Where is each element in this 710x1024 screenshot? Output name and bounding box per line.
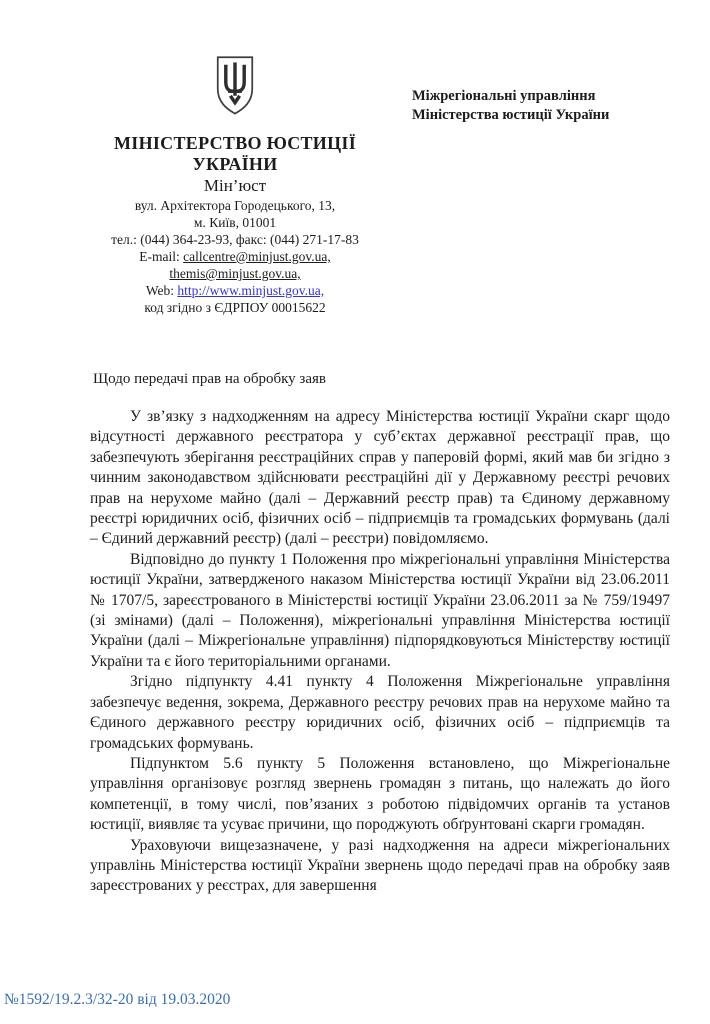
email-link-themis[interactable]: themis@minjust.gov.ua, [169,266,300,281]
org-name-line1: МІНІСТЕРСТВО ЮСТИЦІЇ [114,133,356,153]
org-name-line2: УКРАЇНИ [192,154,277,174]
registration-number: №1592/19.2.3/32-20 від 19.03.2020 [4,991,230,1009]
edrpou-line: код згідно з ЄДРПОУ 00015622 [75,299,395,316]
body-paragraph-4: Підпунктом 5.6 пункту 5 Положення встано… [90,754,670,836]
ukraine-trident-emblem [212,55,258,117]
org-short-name: Мін’юст [75,176,395,196]
web-label: Web: [146,283,178,298]
letterhead: МІНІСТЕРСТВО ЮСТИЦІЇ УКРАЇНИ Мін’юст вул… [75,55,395,316]
address-line2: м. Київ, 01001 [75,214,395,231]
body-paragraph-1: У зв’язку з надходженням на адресу Мініс… [90,407,670,550]
emblem-wrap [75,55,395,129]
phone-line: тел.: (044) 364-23-93, факс: (044) 271-1… [75,231,395,248]
body-paragraph-3: Згідно підпункту 4.41 пункту 4 Положення… [90,672,670,754]
email-label: E-mail: [139,249,183,264]
email-link-callcentre[interactable]: callcentre@minjust.gov.ua, [183,249,331,264]
email-line: E-mail: callcentre@minjust.gov.ua, [75,248,395,265]
email-line2: themis@minjust.gov.ua, [75,265,395,282]
subject-line: Щодо передачі прав на обробку заяв [93,371,326,388]
body-paragraph-5: Ураховуючи вищезазначене, у разі надходж… [90,836,670,897]
address-line1: вул. Архітектора Городецького, 13, [75,197,395,214]
recipient-block: Міжрегіональні управління Міністерства ю… [412,87,662,125]
web-line: Web: http://www.minjust.gov.ua, [75,282,395,299]
recipient-line2: Міністерства юстиції України [412,106,662,125]
body-paragraph-2: Відповідно до пункту 1 Положення про між… [90,550,670,672]
recipient-line1: Міжрегіональні управління [412,87,662,106]
letterhead-contacts: вул. Архітектора Городецького, 13, м. Ки… [75,197,395,316]
org-name: МІНІСТЕРСТВО ЮСТИЦІЇ УКРАЇНИ [75,133,395,175]
letter-body: У зв’язку з надходженням на адресу Мініс… [90,407,670,897]
document-page: МІНІСТЕРСТВО ЮСТИЦІЇ УКРАЇНИ Мін’юст вул… [0,0,710,1024]
website-link[interactable]: http://www.minjust.gov.ua, [177,283,324,298]
